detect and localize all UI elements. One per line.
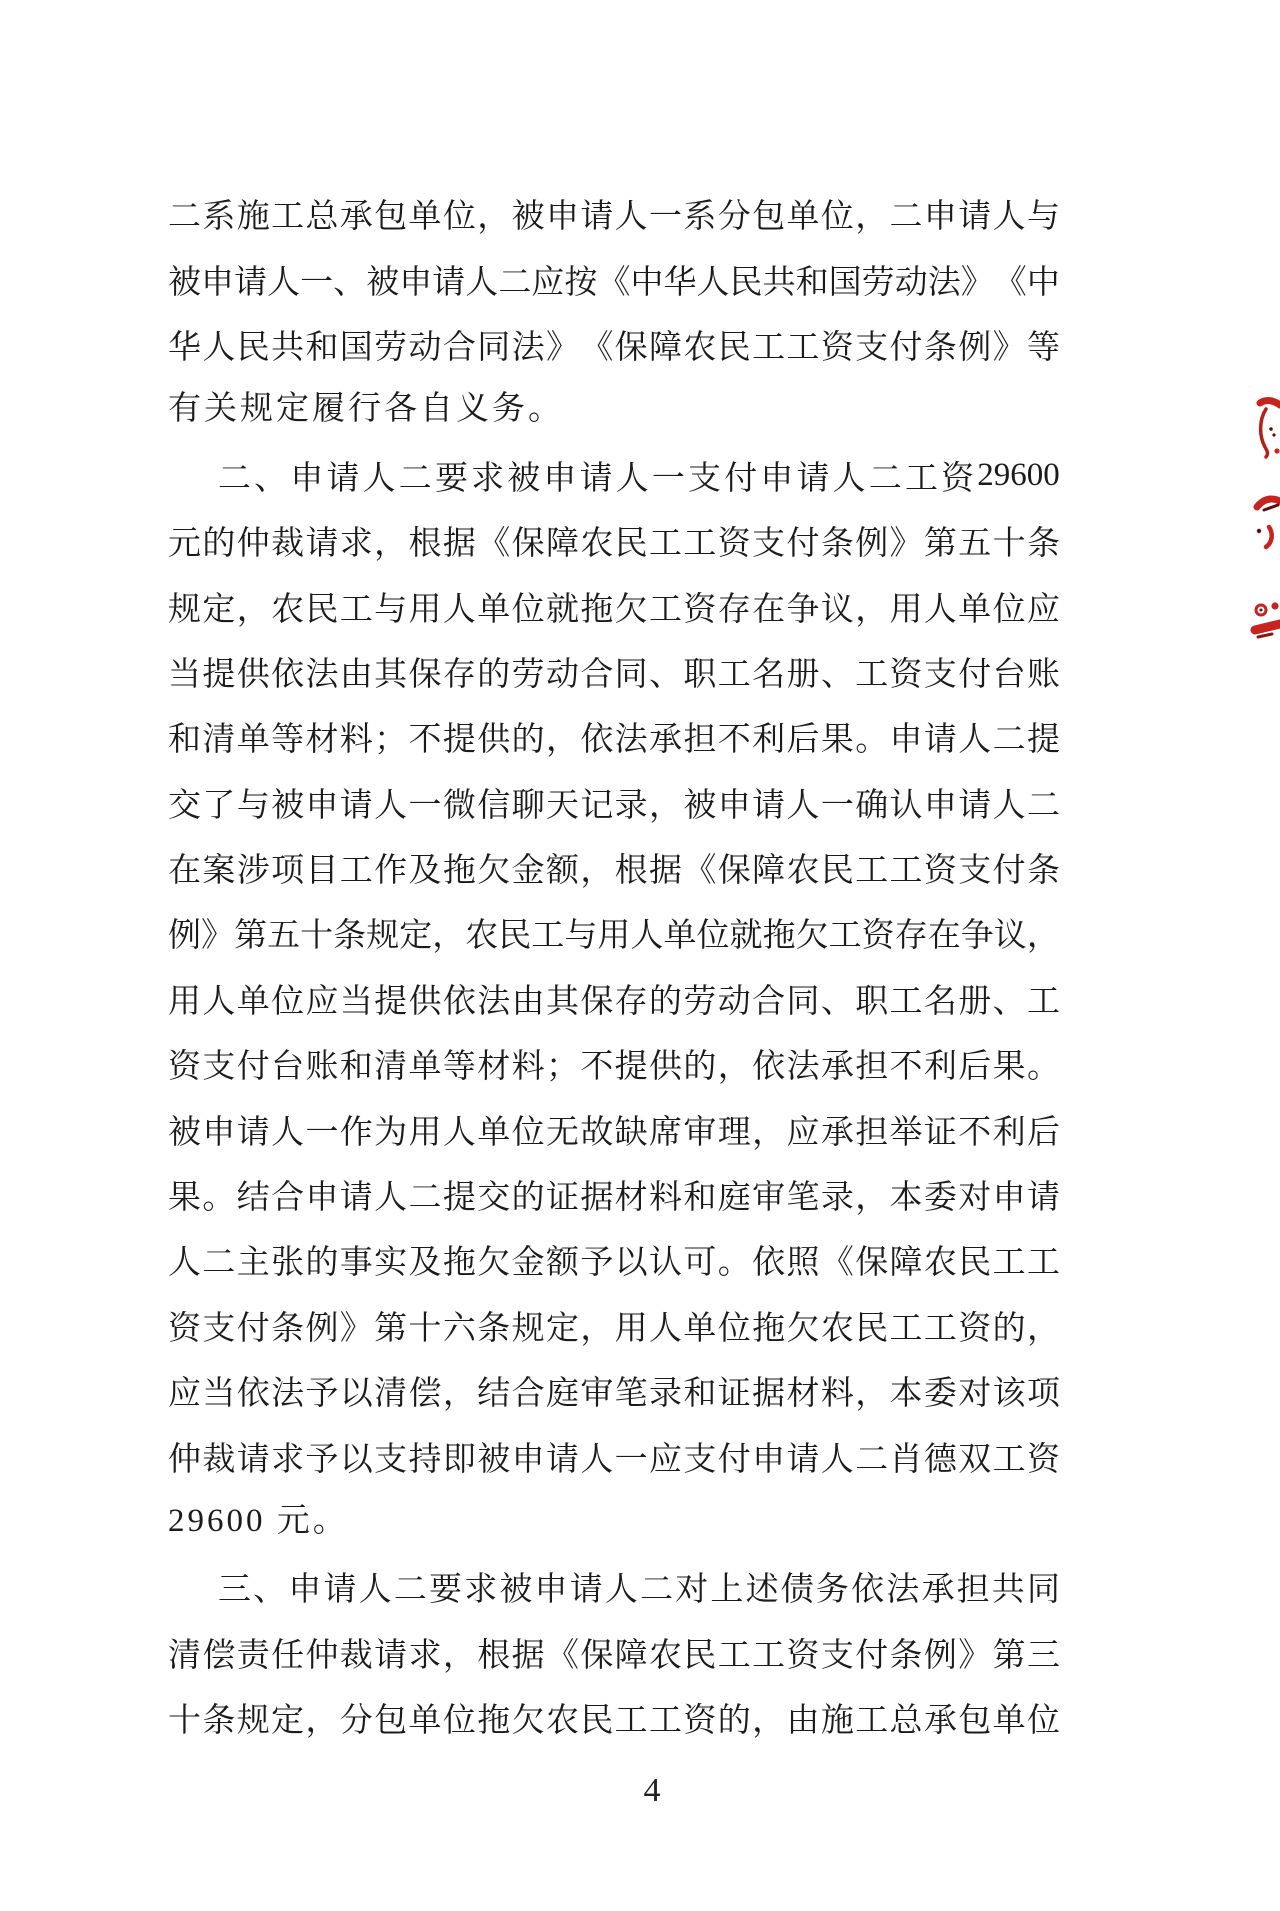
text-line: 人二主张的事实及拖欠金额予以认可。依照《保障农民工工 <box>168 1227 1060 1292</box>
text-line: 仲裁请求予以支持即被申请人一应支付申请人二肖德双工资 <box>168 1423 1060 1488</box>
text-line: 例》第五十条规定，农民工与用人单位就拖欠工资存在争议， <box>168 900 1060 965</box>
text-line: 规定，农民工与用人单位就拖欠工资存在争议，用人单位应 <box>168 573 1060 638</box>
text-line: 被申请人一、被申请人二应按《中华人民共和国劳动法》《中 <box>168 246 1060 311</box>
text-line: 三、申请人二要求被申请人二对上述债务依法承担共同 <box>168 1554 1060 1619</box>
text-line: 有关规定履行各自义务。 <box>168 377 1060 442</box>
page-number: 4 <box>588 1772 716 1810</box>
text-line: 交了与被申请人一微信聊天记录，被申请人一确认申请人二 <box>168 770 1060 835</box>
text-line: 资支付条例》第十六条规定，用人单位拖欠农民工工资的， <box>168 1293 1060 1358</box>
text-line: 29600 元。 <box>168 1489 1060 1554</box>
red-ink-mark-2 <box>1252 492 1280 554</box>
document-page: 二系施工总承包单位，被申请人一系分包单位，二申请人与被申请人一、被申请人二应按《… <box>0 0 1280 1911</box>
text-line: 资支付台账和清单等材料；不提供的，依法承担不利后果。 <box>168 1031 1060 1096</box>
text-line: 二、申请人二要求被申请人一支付申请人二工资29600 <box>168 443 1060 508</box>
text-line: 十条规定，分包单位拖欠农民工工资的，由施工总承包单位 <box>168 1685 1060 1750</box>
text-line: 元的仲裁请求，根据《保障农民工工资支付条例》第五十条 <box>168 508 1060 573</box>
red-ink-mark-1 <box>1252 396 1280 462</box>
text-line: 在案涉项目工作及拖欠金额，根据《保障农民工工资支付条 <box>168 835 1060 900</box>
red-ink-mark-3 <box>1252 600 1280 644</box>
text-line: 被申请人一作为用人单位无故缺席审理，应承担举证不利后 <box>168 1096 1060 1161</box>
text-line: 用人单位应当提供依法由其保存的劳动合同、职工名册、工 <box>168 966 1060 1031</box>
text-line: 应当依法予以清偿，结合庭审笔录和证据材料，本委对该项 <box>168 1358 1060 1423</box>
text-line: 和清单等材料；不提供的，依法承担不利后果。申请人二提 <box>168 704 1060 769</box>
text-line: 清偿责任仲裁请求，根据《保障农民工工资支付条例》第三 <box>168 1620 1060 1685</box>
text-line: 当提供依法由其保存的劳动合同、职工名册、工资支付台账 <box>168 639 1060 704</box>
text-line: 华人民共和国劳动合同法》《保障农民工工资支付条例》等 <box>168 312 1060 377</box>
text-line: 果。结合申请人二提交的证据材料和庭审笔录，本委对申请 <box>168 1162 1060 1227</box>
document-body: 二系施工总承包单位，被申请人一系分包单位，二申请人与被申请人一、被申请人二应按《… <box>168 181 1060 1750</box>
text-line: 二系施工总承包单位，被申请人一系分包单位，二申请人与 <box>168 181 1060 246</box>
